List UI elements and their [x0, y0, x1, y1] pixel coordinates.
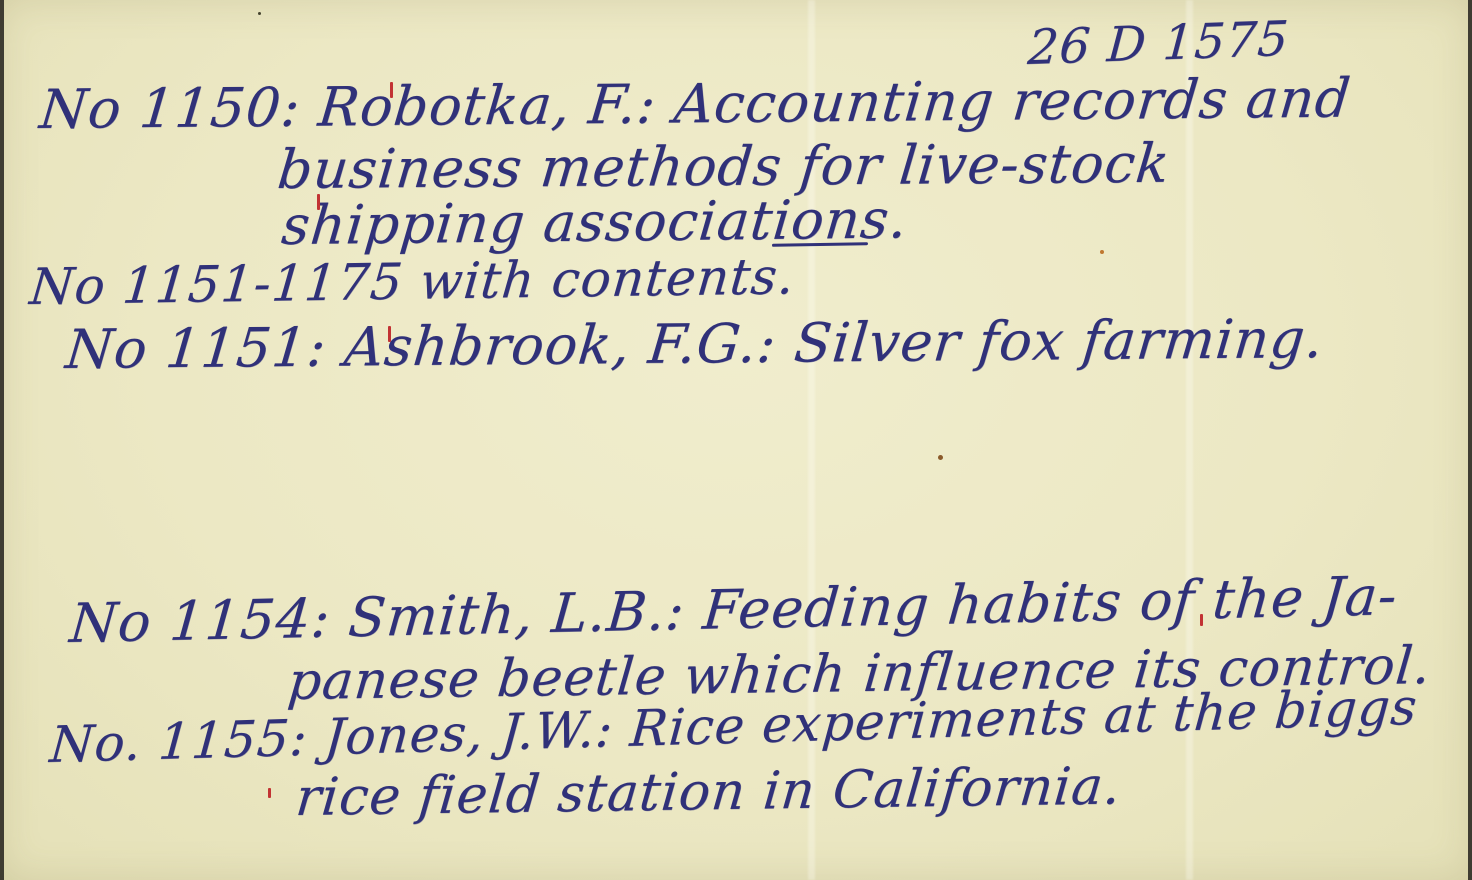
red-proof-mark — [388, 326, 391, 342]
entry-1150-line-3: shipping associations. — [279, 187, 911, 257]
index-card: 26 D 1575 No 1150: Robotka, F.: Accounti… — [0, 0, 1472, 880]
scan-edge-left — [0, 0, 4, 880]
entry-1155-line-2: rice field station in California. — [293, 756, 1124, 828]
red-proof-mark — [268, 788, 271, 798]
paper-speck — [1100, 250, 1104, 254]
paper-fold-streak — [1186, 0, 1193, 880]
scan-edge-right — [1468, 0, 1472, 880]
paper-speck — [258, 12, 261, 15]
entry-1151-line: No 1151: Ashbrook, F.G.: Silver fox farm… — [63, 307, 1327, 381]
red-proof-mark — [317, 194, 320, 210]
paper-speck — [938, 455, 943, 460]
entry-range-line: No 1151-1175 with contents. — [27, 247, 797, 316]
red-proof-mark — [390, 82, 393, 98]
red-proof-mark — [1200, 614, 1203, 626]
entry-1150-line-1: No 1150: Robotka, F.: Accounting records… — [37, 67, 1354, 141]
date-annotation: 26 D 1575 — [1026, 11, 1291, 76]
